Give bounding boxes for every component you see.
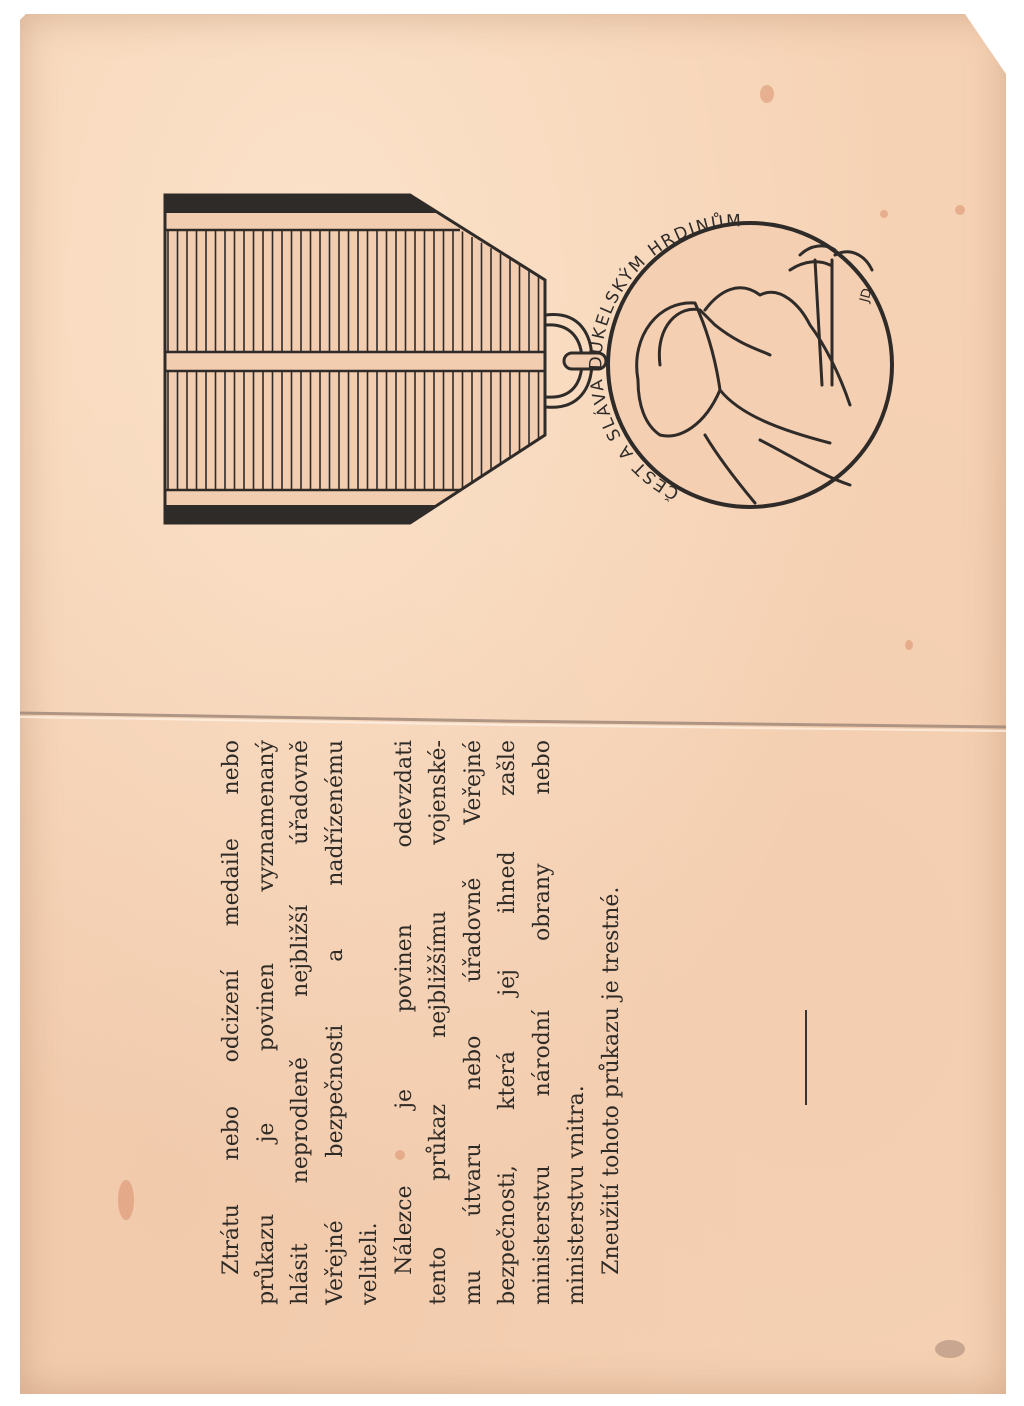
instructions-text: Ztrátu nebo odcizení medaile nebo průkaz… [215,740,629,1340]
text-line: Ztrátu nebo odcizení medaile nebo [215,740,250,1340]
ribbon-icon [165,195,545,523]
text-line: hlásit neprodleně nejbližší úřadovně [284,740,319,1340]
text-line: Nálezce je povinen odevzdati [388,740,423,1340]
text-line: bezpečnosti, která jej ihned zašle [491,740,526,1340]
stain [935,1340,965,1358]
stain [760,85,774,103]
text-line: ministerstvu vnitra. [560,740,595,1340]
text-line: průkazu je povinen vyznamenaný [250,740,285,1340]
text-line: Zneužití tohoto průkazu je trestné. [595,740,630,1340]
medal-illustration: ČEST A SLÁVA DUKELSKÝM HRDINŮM JD [160,185,900,525]
stain [905,640,913,650]
text-line: ministerstvu národní obrany nebo [526,740,561,1340]
medal-icon: ČEST A SLÁVA DUKELSKÝM HRDINŮM JD [586,210,892,507]
paragraph-finder: Nálezce je povinen odevzdati tento průka… [388,740,595,1340]
stain [118,1180,134,1220]
text-line: Veřejné bezpečnosti a nadřízenému [319,740,354,1340]
paragraph-loss: Ztrátu nebo odcizení medaile nebo průkaz… [215,740,388,1340]
text-line: veliteli. [353,740,388,1340]
signature-line [805,1010,807,1105]
stain [955,205,965,215]
paragraph-misuse: Zneužití tohoto průkazu je trestné. [595,740,630,1340]
fold-crease [20,705,1006,735]
text-line: mu útvaru nebo úřadovně Veřejné [457,740,492,1340]
text-line: tento průkaz nejbližšímu vojenské- [422,740,457,1340]
